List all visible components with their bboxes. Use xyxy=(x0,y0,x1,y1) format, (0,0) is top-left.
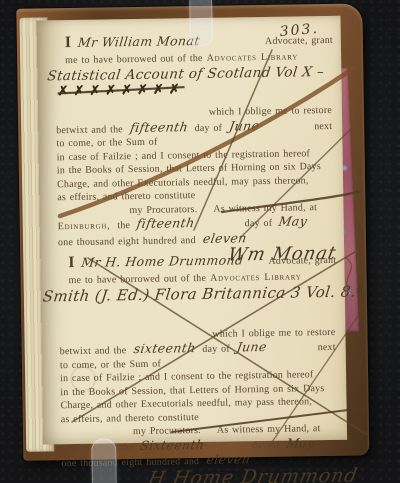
page-marker-tab-top xyxy=(189,0,213,46)
signed-month-handwritten: May xyxy=(278,215,309,228)
signed-day-handwritten: Sixteenth xyxy=(140,438,206,452)
printed-year-prefix: one thousand eight hundred and xyxy=(58,235,196,250)
printed-library-name: Advocates Library xyxy=(210,271,302,283)
due-month-handwritten: June xyxy=(228,120,260,133)
year-word-handwritten: eleven xyxy=(202,232,248,245)
due-day-handwritten: sixteenth xyxy=(132,342,196,356)
printed-borrowed-prefix: me to have borrowed out of the xyxy=(65,52,203,65)
printed-day-of-2: day of xyxy=(252,439,280,452)
printed-borrowed-prefix: me to have borrowed out of the xyxy=(69,272,207,285)
printed-the: the xyxy=(121,442,134,455)
printed-day-of: day of xyxy=(202,344,230,357)
printed-capital-i: I xyxy=(68,257,74,270)
due-day-handwritten: fifteenth xyxy=(129,121,189,134)
signed-month-handwritten: May xyxy=(286,437,317,450)
printed-betwixt-prefix: betwixt and the xyxy=(56,124,123,138)
ledger-book: 303. I Mr William Monat Advocate, grant … xyxy=(0,0,400,483)
due-month-handwritten: June xyxy=(236,341,268,354)
printed-the: the xyxy=(117,220,130,233)
signed-day-handwritten: fifteenth xyxy=(136,217,196,230)
printed-next: next xyxy=(314,120,334,133)
printed-day-of: day of xyxy=(195,122,223,135)
printed-betwixt-prefix: betwixt and the xyxy=(60,345,127,359)
page-marker-tab-bottom xyxy=(91,438,117,483)
borrower-name: Mr H. Home Drummond xyxy=(81,254,262,269)
crossed-out-scribbles: ✗✗✗✗✗✗✗✗ xyxy=(58,83,185,97)
book-title-handwritten: Smith (J. Ed.) Flora Britannica 3 Vol. 8… xyxy=(42,286,338,303)
printed-library-name: Advocates Library xyxy=(207,51,299,63)
printed-next: next xyxy=(318,342,338,355)
borrow-entry-1: I Mr William Monat Advocate, grant me to… xyxy=(55,33,337,266)
ledger-page: 303. I Mr William Monat Advocate, grant … xyxy=(37,16,348,445)
printed-capital-i: I xyxy=(65,37,71,50)
printed-advocate-grant: Advocate, grant xyxy=(268,255,336,269)
photo-background: 303. I Mr William Monat Advocate, grant … xyxy=(0,0,400,483)
printed-day-of-2: day of xyxy=(245,218,273,231)
printed-advocate-grant: Advocate, grant xyxy=(265,35,333,49)
printed-edinburgh: Edinburgh, xyxy=(58,220,111,233)
year-word-handwritten: eleven xyxy=(205,453,251,466)
borrower-name: Mr William Monat xyxy=(77,34,258,49)
